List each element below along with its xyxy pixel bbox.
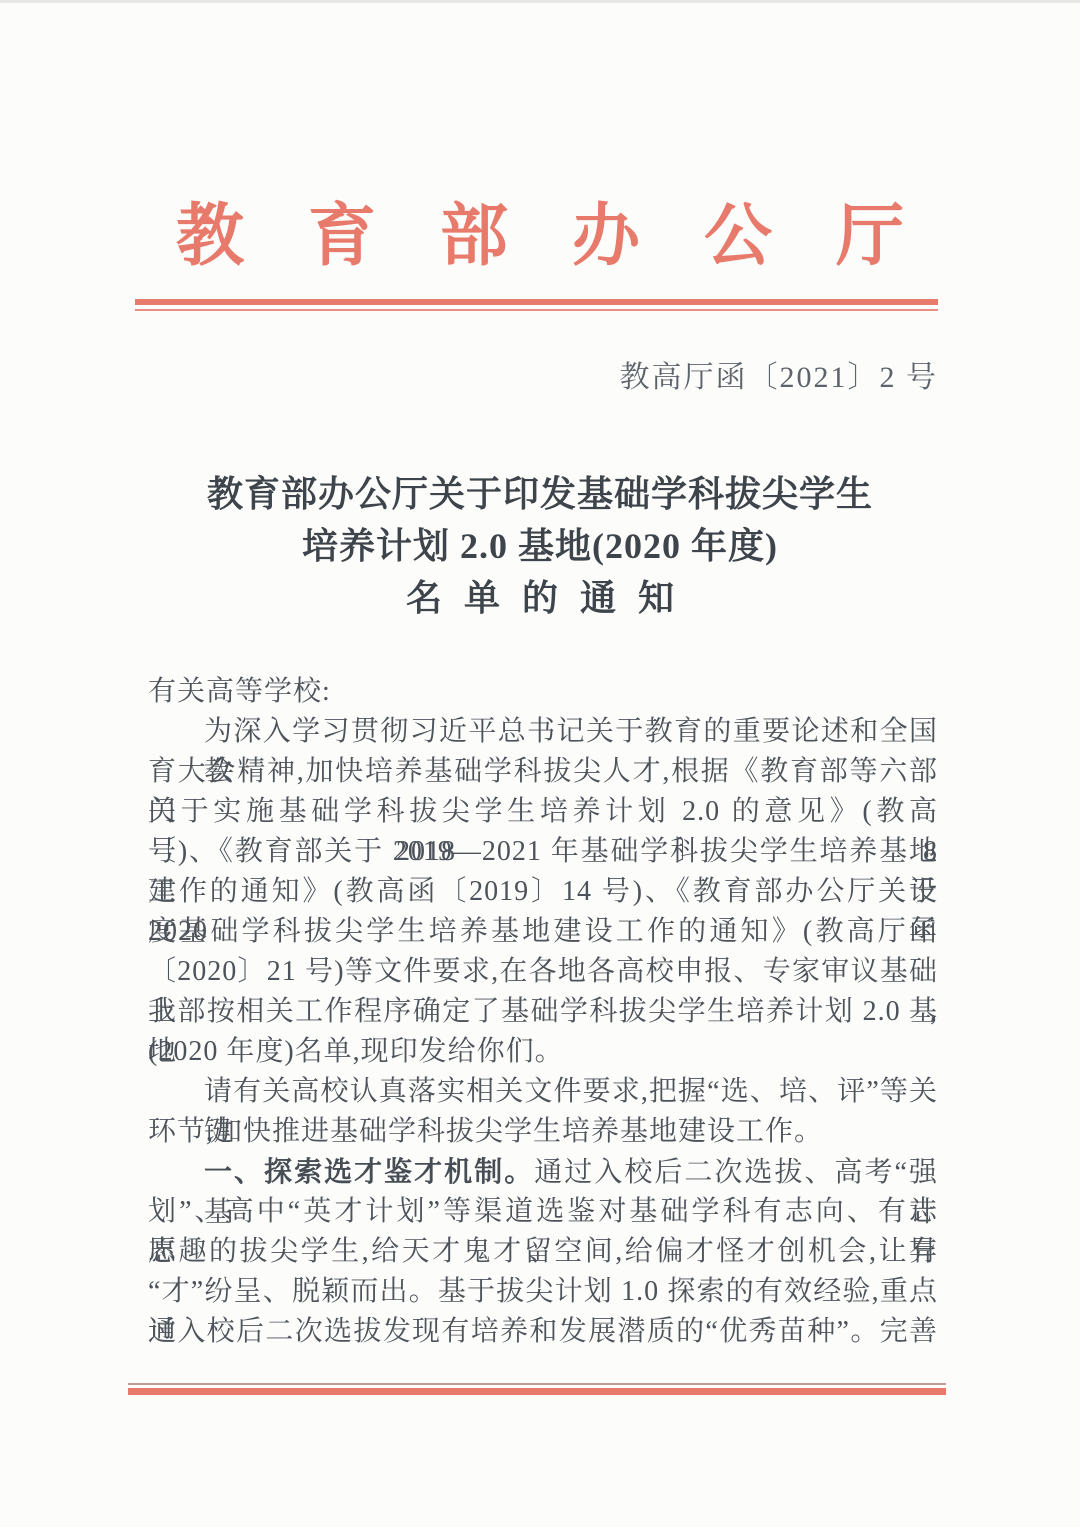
footer-rule-thin — [128, 1383, 946, 1385]
body-line: (2020 年度)名单,现印发给你们。 — [148, 1032, 938, 1072]
body-line: 育大会精神,加快培养基础学科拔尖人才,根据《教育部等六部门 — [148, 752, 938, 792]
body-line: 环节,加快推进基础学科拔尖学生培养基地建设工作。 — [148, 1112, 938, 1152]
body-line: 一、探索选才鉴才机制。通过入校后二次选拔、高考“强基计 — [148, 1152, 938, 1192]
body-line: 过入校后二次选拔发现有培养和发展潜质的“优秀苗种”。完善 — [148, 1312, 938, 1352]
section-heading: 一、探索选才鉴才机制。 — [204, 1156, 534, 1187]
document-title: 教育部办公厅关于印发基础学科拔尖学生 培养计划 2.0 基地(2020 年度) … — [0, 468, 1080, 624]
body-line: 为深入学习贯彻习近平总书记关于教育的重要论述和全国教 — [148, 712, 938, 752]
body-line: 号)、《教育部关于 2019—2021 年基础学科拔尖学生培养基地建设 — [148, 832, 938, 872]
body-line: 度基础学科拔尖学生培养基地建设工作的通知》(教高厅函 — [148, 912, 938, 952]
body-line: “才”纷呈、脱颖而出。基于拔尖计划 1.0 探索的有效经验,重点通 — [148, 1272, 938, 1312]
document-title-line-2: 培养计划 2.0 基地(2020 年度) — [0, 520, 1080, 572]
header-rule-thin — [135, 309, 938, 311]
scan-edge — [0, 0, 1080, 3]
body-line: 工作的通知》(教高函〔2019〕14 号)、《教育部办公厅关于 2020 年 — [148, 872, 938, 912]
letterhead-agency-name: 教育部办公厅 — [176, 196, 968, 276]
body-line: 请有关高校认真落实相关文件要求,把握“选、培、评”等关键 — [148, 1072, 938, 1112]
document-page: 教育部办公厅 教高厅函〔2021〕2 号 教育部办公厅关于印发基础学科拔尖学生 … — [0, 0, 1080, 1527]
footer-rule-thick — [128, 1388, 946, 1395]
body-line: 关于实施基础学科拔尖学生培养计划 2.0 的意见》(教高〔2018〕8 — [148, 792, 938, 832]
header-rule-thick — [135, 299, 938, 305]
document-title-line-1: 教育部办公厅关于印发基础学科拔尖学生 — [0, 468, 1080, 520]
document-title-line-3: 名单的通知 — [0, 572, 1080, 624]
doc-number: 教高厅函〔2021〕2 号 — [620, 360, 939, 396]
body-line: 志趣的拔尖学生,给天才鬼才留空间,给偏才怪才创机会,让异 — [148, 1232, 938, 1272]
body-line: 〔2020〕21 号)等文件要求,在各地各高校申报、专家审议基础上, — [148, 952, 938, 992]
body-line: 我部按相关工作程序确定了基础学科拔尖学生培养计划 2.0 基地 — [148, 992, 938, 1032]
body-line: 有关高等学校: — [148, 672, 938, 712]
letterhead: 教育部办公厅 — [0, 196, 1080, 276]
body-line: 划”、高中“英才计划”等渠道选鉴对基础学科有志向、有志愿、有 — [148, 1192, 938, 1232]
document-title-line-3-text: 名单的通知 — [406, 572, 696, 624]
body-text: 有关高等学校:为深入学习贯彻习近平总书记关于教育的重要论述和全国教育大会精神,加… — [148, 672, 938, 1352]
